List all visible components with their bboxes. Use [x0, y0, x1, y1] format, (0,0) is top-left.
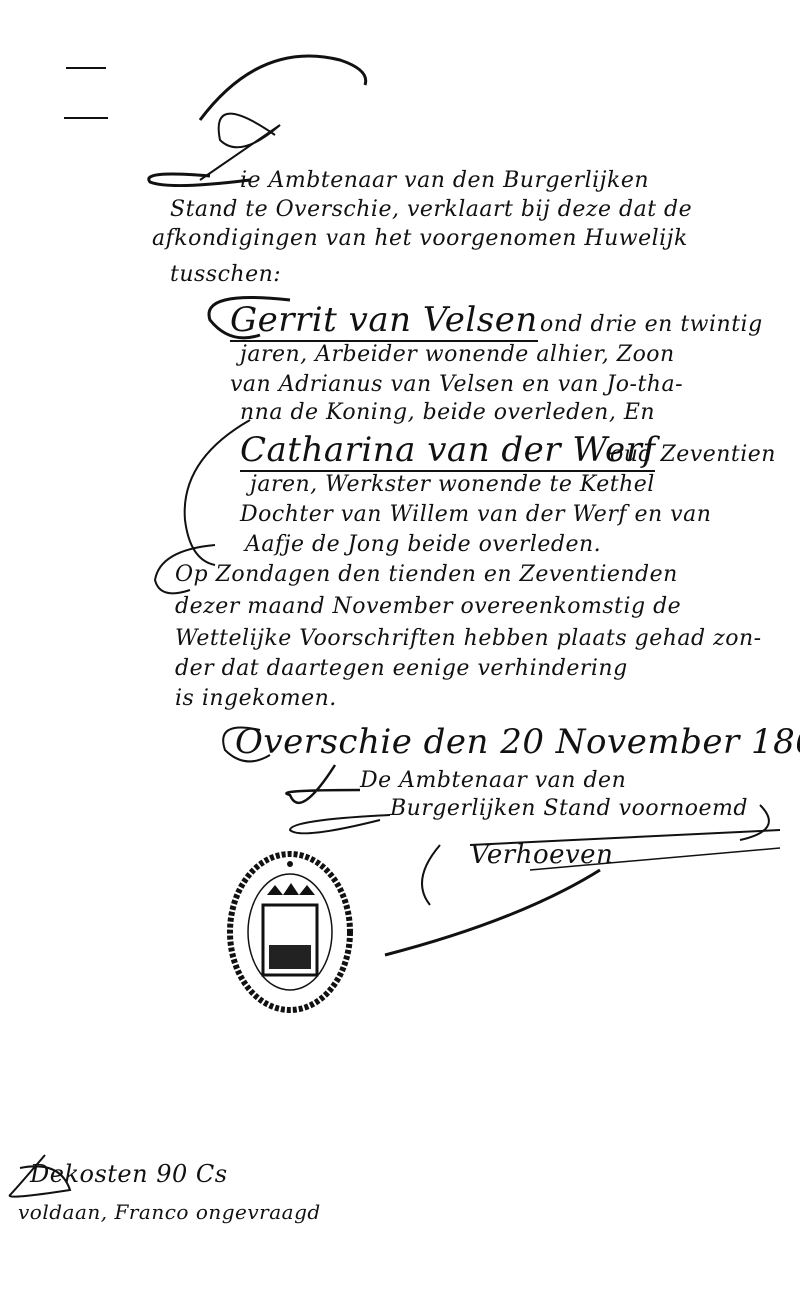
text-line: nna de Koning, beide overleden, En: [240, 400, 655, 425]
official-signature: Verhoeven: [470, 840, 613, 870]
margin-note: Dekosten 90 Cs: [30, 1160, 228, 1188]
text-line: jaren, Arbeider wonende alhier, Zoon: [240, 342, 675, 367]
text-line: ond drie en twintig: [540, 312, 763, 337]
text-line: dezer maand November overeenkomstig de: [175, 594, 681, 619]
text-line: Wettelijke Voorschriften hebben plaats g…: [175, 626, 762, 651]
text-line: Dochter van Willem van der Werf en van: [240, 502, 711, 527]
text-line: Stand te Overschie, verklaart bij deze d…: [170, 197, 692, 222]
text-line: afkondigingen van het voorgenomen Huweli…: [152, 226, 688, 251]
groom-name: Gerrit van Velsen: [230, 300, 538, 342]
municipal-seal-icon: [225, 850, 355, 1015]
signature-title: De Ambtenaar van den: [360, 768, 626, 793]
text-line: is ingekomen.: [175, 686, 337, 711]
document-page: ie Ambtenaar van den Burgerlijken Stand …: [0, 0, 800, 1300]
place-date: Overschie den 20 November 1867.: [235, 722, 800, 762]
text-line: van Adrianus van Velsen en van Jo-tha-: [230, 372, 683, 397]
text-line: Op Zondagen den tienden en Zeventienden: [175, 562, 678, 587]
text-line: tusschen:: [170, 262, 281, 287]
margin-note: voldaan, Franco ongevraagd: [18, 1200, 321, 1224]
signature-title: Burgerlijken Stand voornoemd: [390, 796, 748, 821]
text-line: der dat daartegen eenige verhindering: [175, 656, 628, 681]
text-line: ie Ambtenaar van den Burgerlijken: [240, 168, 649, 193]
text-line: Aafje de Jong beide overleden.: [245, 532, 601, 557]
text-line: jaren, Werkster wonende te Kethel: [250, 472, 655, 497]
bride-name: Catharina van der Werf: [240, 430, 655, 472]
text-line: oud Zeventien: [610, 442, 776, 467]
